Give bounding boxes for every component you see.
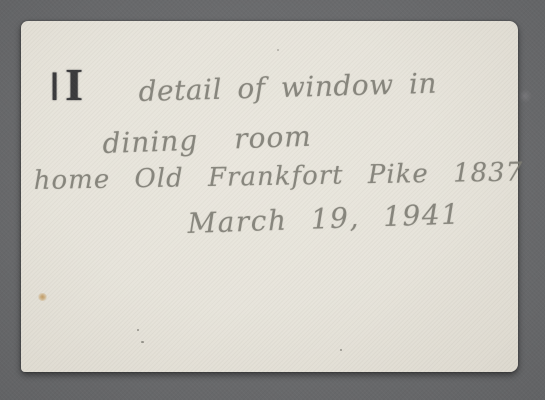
- photo-back-card: II detail of window in dining room home …: [21, 21, 518, 372]
- foxing-spot: [38, 293, 47, 301]
- photo-mount-background: II detail of window in dining room home …: [0, 0, 545, 400]
- handwriting-line-1: detail of window in: [138, 70, 437, 106]
- paper-speck: [137, 329, 139, 331]
- paper-speck: [277, 49, 279, 51]
- handwriting-line-2: dining room: [102, 123, 312, 158]
- handwriting-line-3: home Old Frankfort Pike 1837: [34, 159, 524, 194]
- handwriting-line-4: March 19, 1941: [187, 200, 461, 238]
- paper-speck: [340, 349, 342, 351]
- paper-speck: [141, 341, 144, 343]
- numeral-stamp: II: [49, 62, 88, 108]
- background-smudge: [518, 89, 532, 103]
